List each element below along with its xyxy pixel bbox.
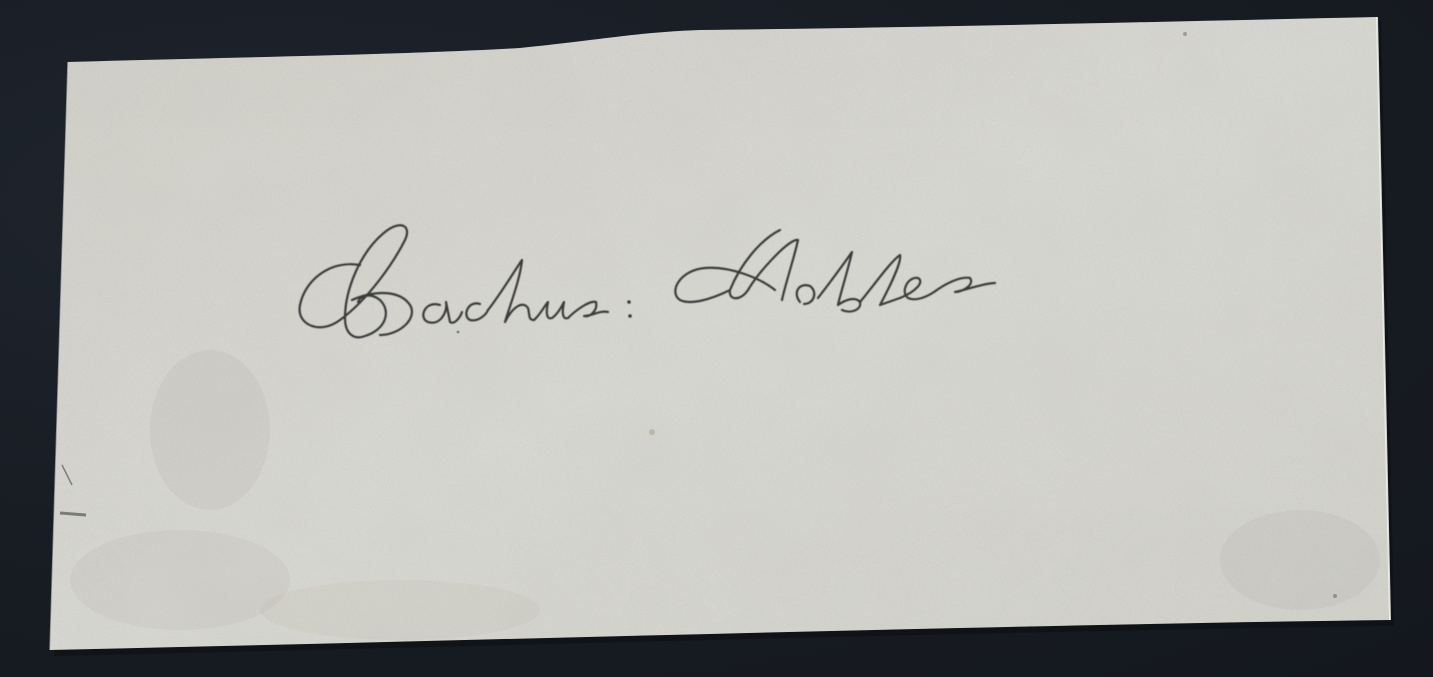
card-paper xyxy=(0,0,1433,677)
signed-card-photo xyxy=(0,0,1433,677)
signature-separator xyxy=(627,300,631,304)
photo-scene: Bachus Nobles xyxy=(0,0,1433,677)
